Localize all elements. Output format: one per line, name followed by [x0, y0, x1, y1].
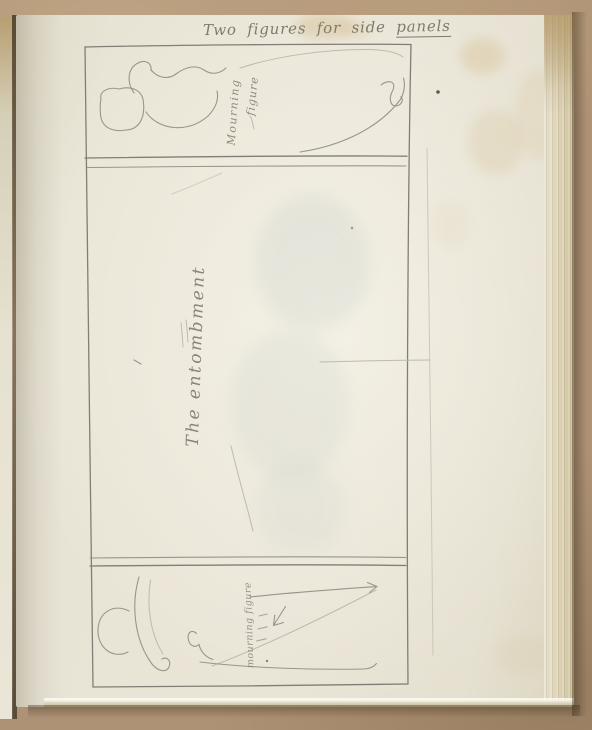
paper-specks: [266, 90, 440, 662]
photo-backdrop: Two figures for side panels The entombme…: [0, 0, 592, 730]
bottom-panel-figure: [98, 577, 377, 671]
inscription-top-note-underlined: panels: [396, 17, 451, 38]
construction-guides: [134, 148, 433, 655]
page-cast-shadow-right: [572, 12, 587, 716]
sketchbook-page: Two figures for side panels The entombme…: [16, 15, 574, 707]
inscription-top-note: Two figures for side panels: [203, 17, 451, 39]
page-cast-shadow-bottom: [28, 705, 580, 718]
pencil-sketch: [16, 15, 574, 707]
inscription-top-note-text: Two figures for side: [203, 18, 397, 39]
